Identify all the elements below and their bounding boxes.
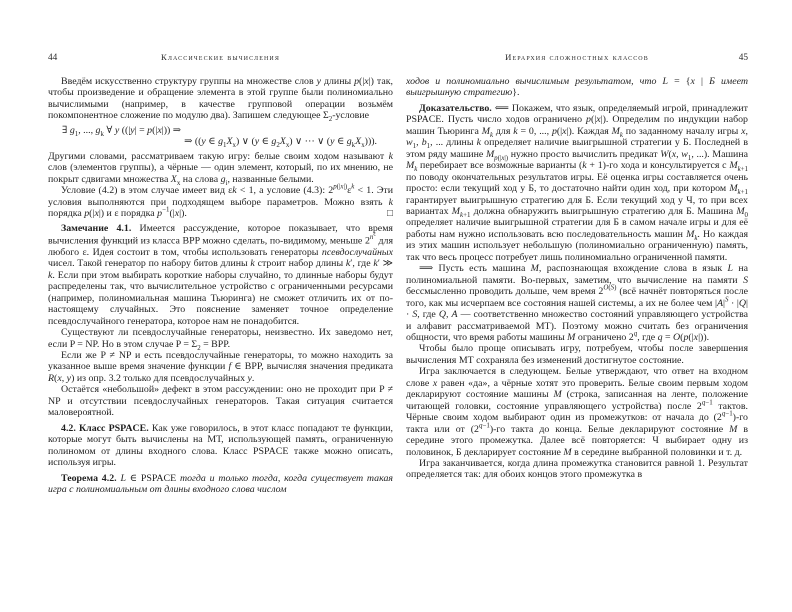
- paragraph: Теорема 4.2. L ∈ PSPACE тогда и только т…: [48, 473, 393, 496]
- paragraph: 4.2. Класс PSPACE. Как уже говорилось, в…: [48, 423, 393, 469]
- paragraph: Чтобы было проще описывать игру, потребу…: [406, 343, 748, 366]
- formula-line: ⇒ ((y ∈ g1Xx) ∨ (y ∈ g2Xx) ∨ ⋯ ∨ (y ∈ gk…: [48, 136, 393, 147]
- paragraph: Остаётся «небольшой» дефект в этом рассу…: [48, 384, 393, 418]
- formula-line: ∃ g1, ..., gk ∀ y ((|y| = p(|x|)) ⇒: [48, 125, 393, 136]
- left-page-text: Введём искусственно структуру группы на …: [48, 76, 393, 604]
- right-running-head: Иерархия сложностных классов 45: [406, 52, 748, 63]
- book-spread: 44 Классические вычисления Введём искусс…: [0, 0, 792, 612]
- right-page: Иерархия сложностных классов 45 ходов и …: [396, 0, 792, 612]
- display-formula: ∃ g1, ..., gk ∀ y ((|y| = p(|x|)) ⇒⇒ ((y…: [48, 125, 393, 148]
- paragraph: Игра заканчивается, когда длина промежут…: [406, 458, 748, 481]
- left-running-title: Классические вычисления: [82, 52, 359, 62]
- paragraph: Другими словами, рассматриваем такую игр…: [48, 151, 393, 185]
- left-running-head: 44 Классические вычисления: [48, 52, 393, 63]
- paragraph: ⟹ Пусть есть машина M, распознающая вхож…: [406, 263, 748, 343]
- right-page-number: 45: [714, 53, 748, 63]
- right-page-text: ходов и полиномиально вычислимым результ…: [406, 76, 748, 604]
- left-page: 44 Классические вычисления Введём искусс…: [0, 0, 396, 612]
- paragraph: Введём искусственно структуру группы на …: [48, 76, 393, 122]
- paragraph: Если же P ≠ NP и есть псевдослучайные ге…: [48, 350, 393, 384]
- paragraph: Доказательство. ⟸ Покажем, что язык, опр…: [406, 103, 748, 263]
- paragraph: ходов и полиномиально вычислимым результ…: [406, 76, 748, 99]
- paragraph: Условие (4.2) в этом случае имеет вид εk…: [48, 185, 393, 219]
- paragraph: Существуют ли псевдослучайные генераторы…: [48, 327, 393, 350]
- left-page-number: 44: [48, 53, 82, 63]
- paragraph: Игра заключается в следующем. Белые утве…: [406, 366, 748, 458]
- paragraph: Замечание 4.1. Имеется рассуждение, кото…: [48, 223, 393, 327]
- qed-box: □: [374, 208, 393, 219]
- right-running-title: Иерархия сложностных классов: [440, 52, 714, 62]
